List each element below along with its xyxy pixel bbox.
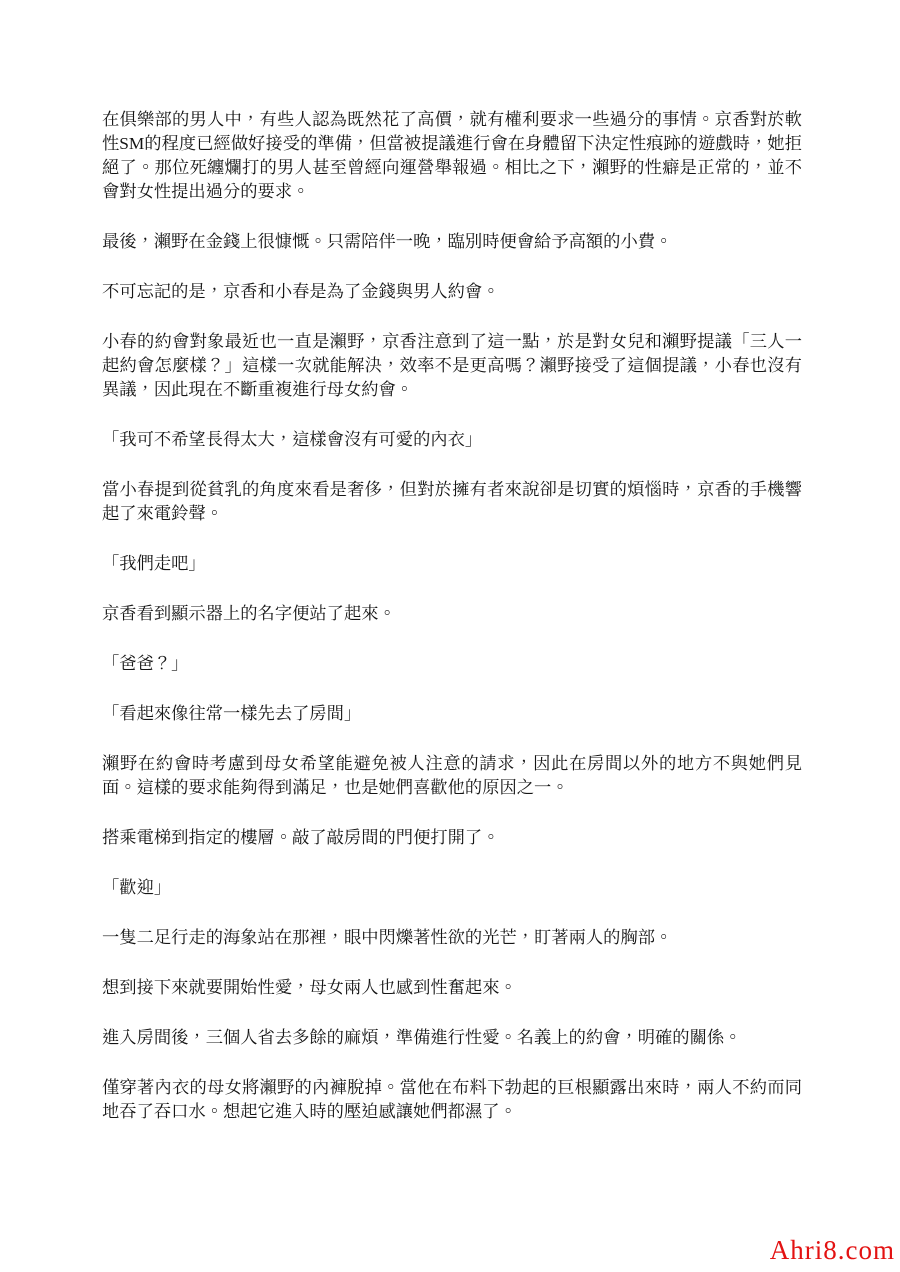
paragraph: 小春的約會對象最近也一直是瀨野，京香注意到了這一點，於是對女兒和瀨野提議「三人一… (102, 330, 802, 402)
paragraph: 不可忘記的是，京香和小春是為了金錢與男人約會。 (102, 280, 802, 304)
paragraph: 「歡迎」 (102, 876, 802, 900)
story-text-column: 在俱樂部的男人中，有些人認為既然花了高價，就有權利要求一些過分的事情。京香對於軟… (102, 108, 802, 1150)
paragraph: 想到接下來就要開始性愛，母女兩人也感到性奮起來。 (102, 976, 802, 1000)
paragraph: 進入房間後，三個人省去多餘的麻煩，準備進行性愛。名義上的約會，明確的關係。 (102, 1026, 802, 1050)
paragraph: 「看起來像往常一樣先去了房間」 (102, 702, 802, 726)
paragraph: 在俱樂部的男人中，有些人認為既然花了高價，就有權利要求一些過分的事情。京香對於軟… (102, 108, 802, 204)
site-watermark: Ahri8.com (770, 1237, 895, 1264)
paragraph: 當小春提到從貧乳的角度來看是奢侈，但對於擁有者來說卻是切實的煩惱時，京香的手機響… (102, 478, 802, 526)
paragraph: 「我們走吧」 (102, 552, 802, 576)
paragraph: 最後，瀨野在金錢上很慷慨。只需陪伴一晚，臨別時便會給予高額的小費。 (102, 230, 802, 254)
paragraph: 「爸爸？」 (102, 652, 802, 676)
paragraph: 僅穿著內衣的母女將瀨野的內褲脫掉。當他在布料下勃起的巨根顯露出來時，兩人不約而同… (102, 1076, 802, 1124)
paragraph: 瀨野在約會時考慮到母女希望能避免被人注意的請求，因此在房間以外的地方不與她們見面… (102, 752, 802, 800)
paragraph: 搭乘電梯到指定的樓層。敲了敲房間的門便打開了。 (102, 826, 802, 850)
paragraph: 「我可不希望長得太大，這樣會沒有可愛的內衣」 (102, 428, 802, 452)
document-page: 在俱樂部的男人中，有些人認為既然花了高價，就有權利要求一些過分的事情。京香對於軟… (0, 0, 900, 1272)
paragraph: 京香看到顯示器上的名字便站了起來。 (102, 602, 802, 626)
paragraph: 一隻二足行走的海象站在那裡，眼中閃爍著性欲的光芒，盯著兩人的胸部。 (102, 926, 802, 950)
